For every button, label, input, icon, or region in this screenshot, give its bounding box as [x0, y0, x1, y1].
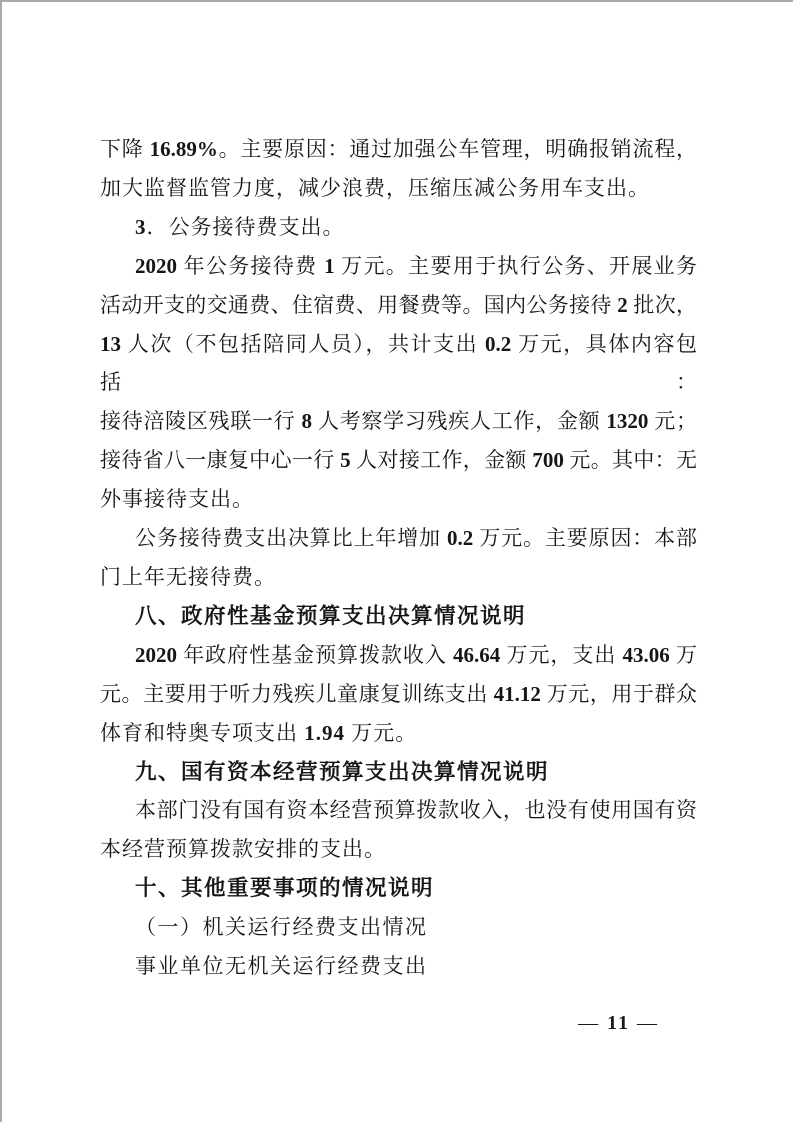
paragraph-line: 接待涪陵区残联一行 8 人考察学习残疾人工作，金额 1320 元； — [100, 402, 697, 441]
paragraph-line: 活动开支的交通费、住宿费、用餐费等。国内公务接待 2 批次， — [100, 286, 697, 325]
paragraph-line: 2020 年政府性基金预算拨款收入 46.64 万元，支出 43.06 万 — [100, 636, 697, 675]
paragraph-line: 外事接待支出。 — [100, 480, 697, 519]
paragraph-line: 2020 年公务接待费 1 万元。主要用于执行公务、开展业务 — [100, 247, 697, 286]
paragraph-line: 13 人次（不包括陪同人员），共计支出 0.2 万元，具体内容包括： — [100, 325, 697, 403]
section-heading-viii: 八、政府性基金预算支出决算情况说明 — [100, 597, 697, 636]
page-number: — 11 — — [578, 1012, 659, 1035]
paragraph-line: 事业单位无机关运行经费支出 — [100, 947, 697, 986]
paragraph-line: 接待省八一康复中心一行 5 人对接工作，金额 700 元。其中：无 — [100, 441, 697, 480]
subsection-heading-1: （一）机关运行经费支出情况 — [100, 908, 697, 947]
paragraph-line: 门上年无接待费。 — [100, 558, 697, 597]
paragraph-line: 下降 16.89%。主要原因：通过加强公车管理，明确报销流程， — [100, 130, 697, 169]
list-item-3-heading: 3．公务接待费支出。 — [100, 208, 697, 247]
paragraph-line: 本经营预算拨款安排的支出。 — [100, 830, 697, 869]
paragraph-line: 公务接待费支出决算比上年增加 0.2 万元。主要原因：本部 — [100, 519, 697, 558]
section-heading-ix: 九、国有资本经营预算支出决算情况说明 — [100, 753, 697, 792]
document-body: 下降 16.89%。主要原因：通过加强公车管理，明确报销流程， 加大监督监管力度… — [100, 130, 697, 986]
section-heading-x: 十、其他重要事项的情况说明 — [100, 869, 697, 908]
paragraph-line: 元。主要用于听力残疾儿童康复训练支出 41.12 万元，用于群众 — [100, 675, 697, 714]
paragraph-line: 加大监督监管力度，减少浪费，压缩压减公务用车支出。 — [100, 169, 697, 208]
paragraph-line: 体育和特奥专项支出 1.94 万元。 — [100, 714, 697, 753]
document-page: 下降 16.89%。主要原因：通过加强公车管理，明确报销流程， 加大监督监管力度… — [0, 0, 793, 1122]
paragraph-line: 本部门没有国有资本经营预算拨款收入，也没有使用国有资 — [100, 791, 697, 830]
